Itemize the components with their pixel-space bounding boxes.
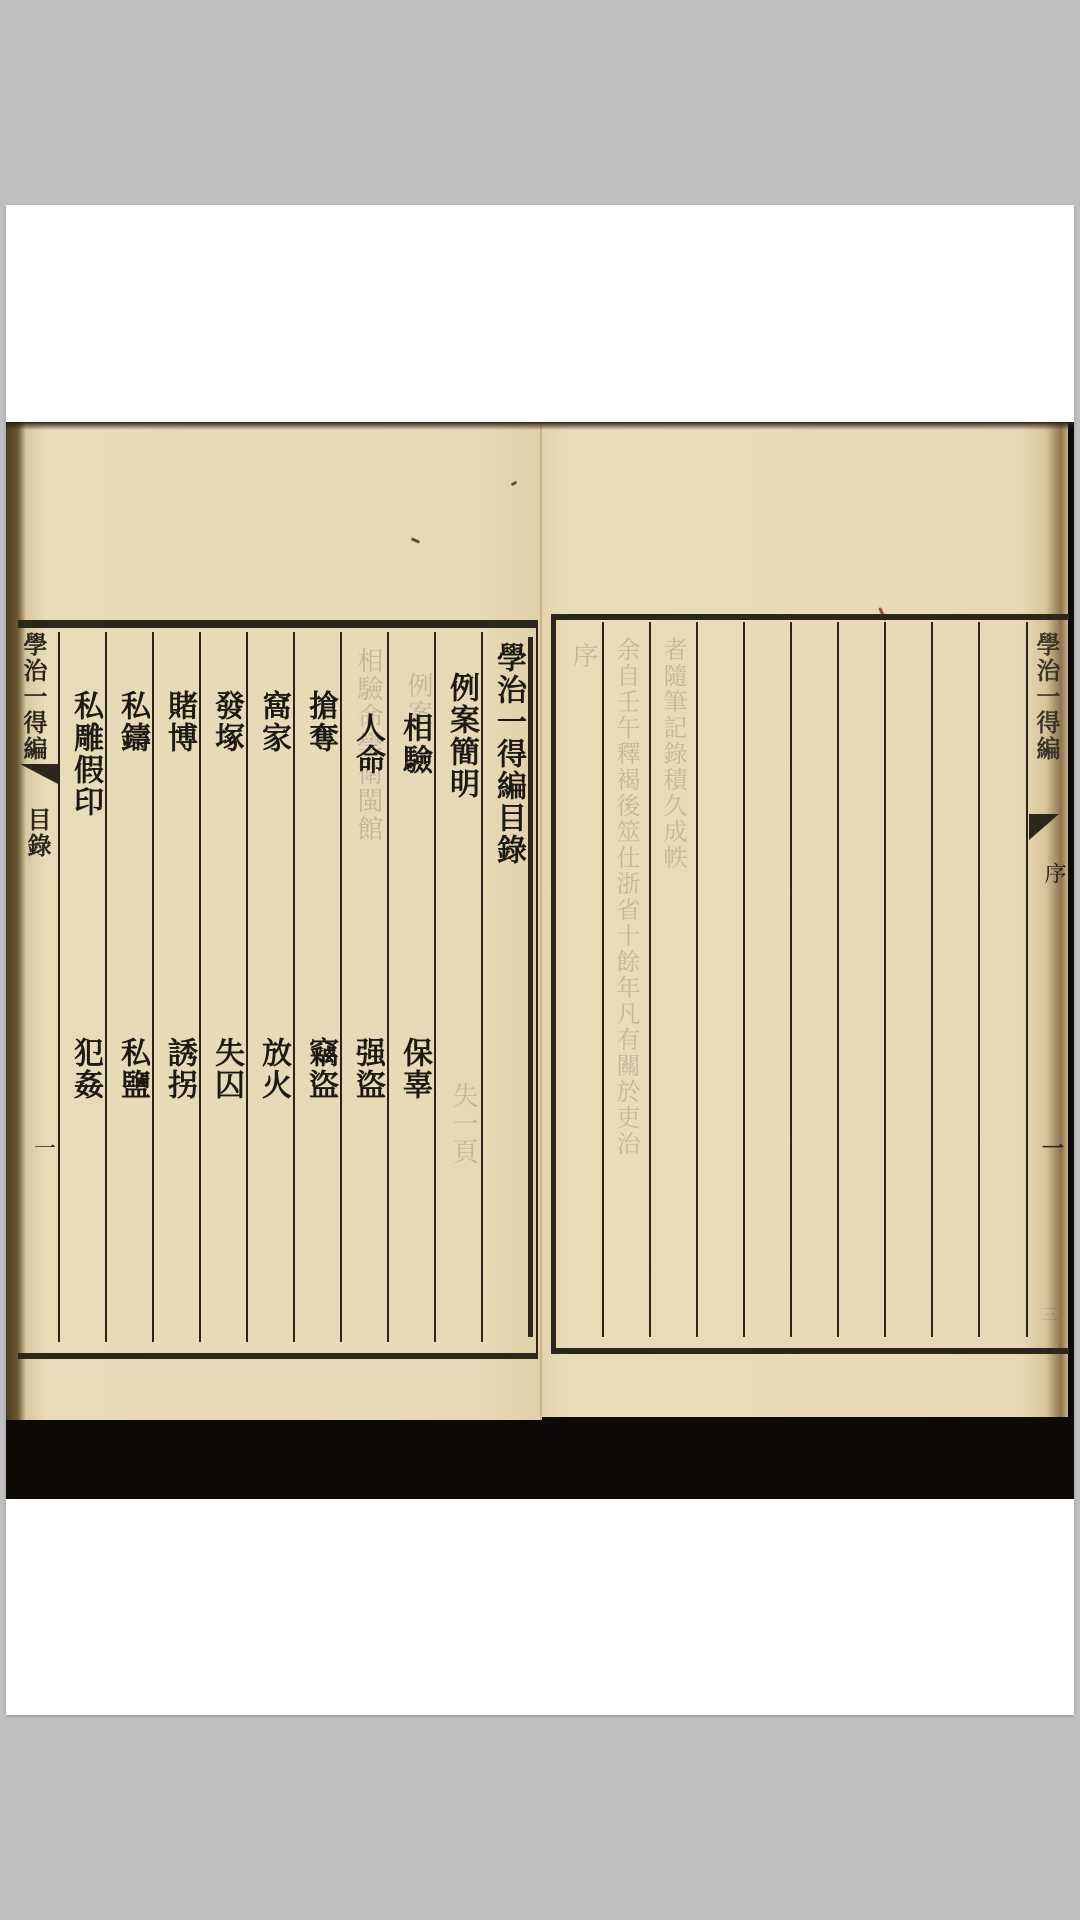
toc-entry-fazhong[interactable]: 發塚 bbox=[209, 690, 243, 754]
bleed-through-text: 失一頁 bbox=[446, 1082, 480, 1166]
column-rule bbox=[978, 622, 980, 1337]
column-rule bbox=[602, 622, 604, 1337]
right-margin-title: 學治一得編 bbox=[1031, 632, 1061, 762]
book-scan-image: 學治一得編 目錄 一 例案 相驗命學衛閩館 失一頁 學治一得編目錄 例案簡明 相… bbox=[6, 422, 1074, 1499]
toc-entry-sizhu[interactable]: 私鑄 bbox=[115, 690, 149, 754]
toc-entry-fanghuo[interactable]: 放火 bbox=[256, 1037, 290, 1101]
column-rule bbox=[199, 632, 201, 1342]
page-top-shadow bbox=[6, 422, 1074, 430]
toc-title: 學治一得編目錄 bbox=[491, 642, 525, 866]
toc-section-heading: 例案簡明 bbox=[444, 672, 478, 800]
bleed-through-text: 序 bbox=[566, 642, 600, 670]
column-rule bbox=[105, 632, 107, 1342]
toc-entry-youguai[interactable]: 誘拐 bbox=[162, 1037, 196, 1101]
toc-entry-fanjian[interactable]: 犯姦 bbox=[68, 1037, 102, 1101]
column-rule bbox=[837, 622, 839, 1337]
column-rule bbox=[340, 632, 342, 1342]
bleed-through-text: 者隨筆記錄積久成帙 bbox=[659, 637, 686, 871]
column-rule bbox=[152, 632, 154, 1342]
toc-entry-qiedao[interactable]: 竊盜 bbox=[303, 1037, 337, 1101]
toc-entry-siyan[interactable]: 私鹽 bbox=[115, 1037, 149, 1101]
column-rule bbox=[293, 632, 295, 1342]
column-rule bbox=[931, 622, 933, 1337]
toc-entry-qiangdao[interactable]: 强盜 bbox=[350, 1037, 384, 1101]
left-margin-section: 目錄 bbox=[23, 807, 51, 859]
toc-entry-baogu[interactable]: 保辜 bbox=[397, 1037, 431, 1101]
right-folio-number: 一 bbox=[1042, 1132, 1064, 1163]
toc-entry-sidiao-jiayin[interactable]: 私雕假印 bbox=[68, 690, 102, 818]
column-rule bbox=[387, 632, 389, 1342]
toc-entry-qiangduo[interactable]: 搶奪 bbox=[303, 690, 337, 754]
toc-entry-wojia[interactable]: 窩家 bbox=[256, 690, 290, 754]
toc-entry-shiqiu[interactable]: 失囚 bbox=[209, 1037, 243, 1101]
column-rule bbox=[743, 622, 745, 1337]
toc-entry-xiangyan[interactable]: 相驗 bbox=[397, 712, 431, 776]
bleed-through-text: 余自壬午釋褐後筮仕浙省十餘年凡有關於吏治 bbox=[612, 637, 639, 1157]
toc-entry-dubo[interactable]: 賭博 bbox=[162, 690, 196, 754]
column-rule bbox=[884, 622, 886, 1337]
right-margin-section: 序 bbox=[1036, 862, 1070, 886]
frame-inner-rule bbox=[528, 637, 533, 1337]
column-rule bbox=[696, 622, 698, 1337]
toc-entry-renming[interactable]: 人命 bbox=[350, 712, 384, 776]
column-rule bbox=[58, 632, 60, 1342]
right-folio-bottom-mark: 三 bbox=[1042, 1302, 1058, 1325]
column-rule bbox=[481, 632, 483, 1342]
column-rule bbox=[649, 622, 651, 1337]
book-gutter bbox=[540, 422, 542, 1420]
column-rule bbox=[246, 632, 248, 1342]
left-margin-title: 學治一得編 bbox=[20, 632, 46, 762]
column-rule bbox=[1026, 622, 1028, 1337]
column-rule bbox=[790, 622, 792, 1337]
left-folio-number: 一 bbox=[34, 1132, 56, 1163]
column-rule bbox=[434, 632, 436, 1342]
